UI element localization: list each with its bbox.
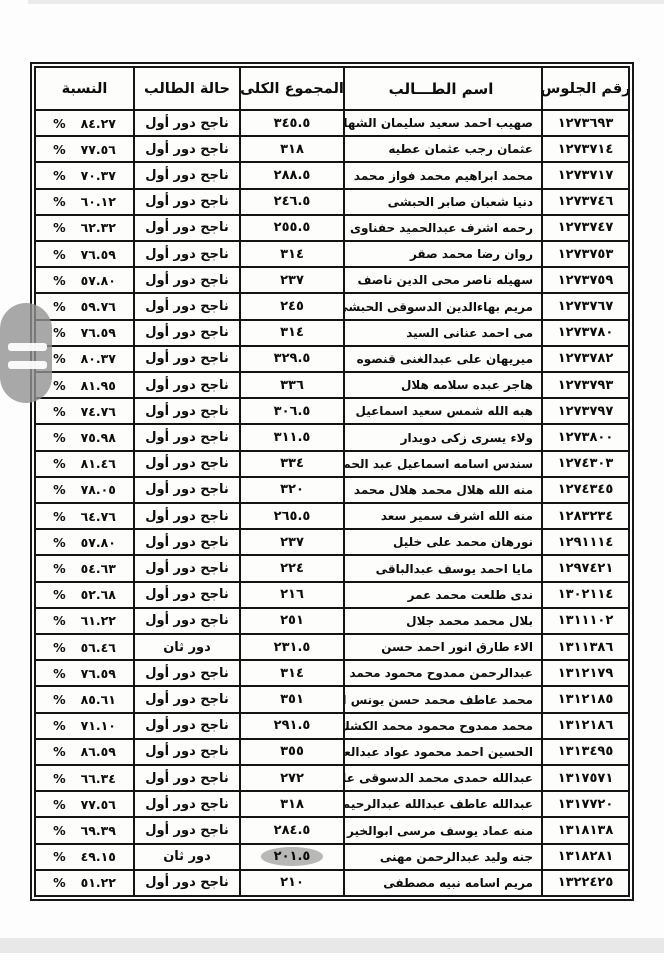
table-rows: % ٨٤.٢٧ ناجح دور أول ٣٤٥.٥ صهيب احمد سعي… <box>36 109 628 895</box>
total-value: ٣١٤ <box>280 666 304 681</box>
table-row: % ٧٧.٥٦ ناجح دور أول ٣١٨ عبدالله عاطف عب… <box>36 790 628 816</box>
percent-sign: % <box>53 561 66 576</box>
status-cell: ناجح دور أول <box>133 190 239 214</box>
percent-sign: % <box>53 535 66 550</box>
percent-cell: % ٥٧.٨٠ <box>36 530 133 554</box>
table-row: % ٨١.٤٦ ناجح دور أول ٣٣٤ سندس اسامه اسما… <box>36 450 628 476</box>
seat-cell: ١٣١٨٢٨١ <box>541 845 628 869</box>
name-cell: عبدالرحمن ممدوح محمود محمد الكشك <box>343 661 541 685</box>
total-value: ٢٧٢ <box>280 771 304 786</box>
total-value: ٢٨٨.٥ <box>274 168 311 183</box>
seat-number: ١٣١٢١٨٥ <box>558 692 614 707</box>
percent-cell: % ٧١.١٠ <box>36 714 133 738</box>
seat-number: ١٢٨٣٢٣٤ <box>558 509 614 524</box>
status-value: ناجح دور أول <box>145 404 229 419</box>
percent-value: ٧٥.٩٨ <box>81 430 116 445</box>
percent-cell: % ٥١.٢٢ <box>36 871 133 895</box>
status-cell: ناجح دور أول <box>133 792 239 816</box>
percent-cell: % ٦١.٢٢ <box>36 609 133 633</box>
seat-cell: ١٢٧٣٦٩٣ <box>541 111 628 135</box>
seat-cell: ١٢٧٣٨٠٠ <box>541 425 628 449</box>
total-cell: ٢١٠ <box>239 871 343 895</box>
total-cell: ٣٤٥.٥ <box>239 111 343 135</box>
percent-value: ٥٢.٦٨ <box>81 587 116 602</box>
seat-number: ١٢٧٤٣٠٣ <box>558 456 614 471</box>
status-cell: ناجح دور أول <box>133 294 239 318</box>
student-name: مريم بهاءالدين الدسوقى الحبشى <box>343 300 533 314</box>
seat-cell: ١٢٧٣٧٩٧ <box>541 399 628 423</box>
table-row: % ٥٤.٦٣ ناجح دور أول ٢٢٤ مايا احمد يوسف … <box>36 554 628 580</box>
status-value: ناجح دور أول <box>145 823 229 838</box>
total-cell: ٢٥١ <box>239 609 343 633</box>
table-row: % ٧٤.٧٦ ناجح دور أول ٣٠٦.٥ هبه الله شمس … <box>36 397 628 423</box>
status-value: ناجح دور أول <box>145 718 229 733</box>
total-cell: ٢٦٥.٥ <box>239 504 343 528</box>
header-percent-label: النسبة <box>62 81 108 97</box>
header-status: حالة الطالب <box>133 68 239 109</box>
student-name: سندس اسامه اسماعيل عبد الحميد البرجى <box>343 457 533 471</box>
status-cell: ناجح دور أول <box>133 530 239 554</box>
total-cell: ٢٤٥ <box>239 294 343 318</box>
seat-cell: ١٣١٢١٨٥ <box>541 687 628 711</box>
total-cell: ٢٣٧ <box>239 530 343 554</box>
seat-number: ١٣١١١٠٢ <box>558 613 614 628</box>
header-percent: النسبة <box>36 68 133 109</box>
name-cell: مايا احمد يوسف عبدالباقى <box>343 556 541 580</box>
seat-cell: ١٢٧٣٧٥٣ <box>541 242 628 266</box>
name-cell: منه عماد يوسف مرسى ابوالخير <box>343 818 541 842</box>
header-status-label: حالة الطالب <box>144 81 230 97</box>
percent-sign: % <box>53 220 66 235</box>
seat-number: ١٣١٧٧٢٠ <box>558 797 614 812</box>
percent-sign: % <box>53 116 66 131</box>
student-name: جنه وليد عبدالرحمن مهنى <box>380 850 533 864</box>
percent-sign: % <box>53 744 66 759</box>
student-name: منه الله اشرف سمير سعد <box>381 509 533 523</box>
seat-number: ١٢٩٧٤٢١ <box>558 561 614 576</box>
status-cell: ناجح دور أول <box>133 347 239 371</box>
total-cell: ٢٨٤.٥ <box>239 818 343 842</box>
percent-value: ٧٤.٧٦ <box>81 404 116 419</box>
percent-sign: % <box>53 325 66 340</box>
percent-value: ٦٠.١٢ <box>81 194 116 209</box>
results-table-body: النسبة حالة الطالب المجموع الكلى اسم الط… <box>34 66 630 897</box>
percent-cell: % ٥٤.٦٣ <box>36 556 133 580</box>
status-cell: ناجح دور أول <box>133 871 239 895</box>
name-cell: عبدالله عاطف عبدالله عبدالرحيم <box>343 792 541 816</box>
percent-sign: % <box>53 273 66 288</box>
table-row: % ٦٦.٣٤ ناجح دور أول ٢٧٢ عبدالله حمدى مح… <box>36 764 628 790</box>
student-name: عبدالرحمن ممدوح محمود محمد الكشك <box>343 666 533 680</box>
total-cell: ٣١١.٥ <box>239 425 343 449</box>
status-cell: دور ثان <box>133 635 239 659</box>
percent-value: ٦٢.٣٢ <box>81 220 116 235</box>
total-value: ٣١٨ <box>280 797 304 812</box>
total-value: ٢٣٧ <box>280 273 304 288</box>
total-value: ٣١٤ <box>280 247 304 262</box>
table-row: % ٥٧.٨٠ ناجح دور أول ٢٣٧ سهيله ناصر محى … <box>36 266 628 292</box>
total-value: ٢٥٥.٥ <box>274 220 311 235</box>
percent-cell: % ٦٦.٣٤ <box>36 766 133 790</box>
status-value: ناجح دور أول <box>145 456 229 471</box>
total-cell: ٢٧٢ <box>239 766 343 790</box>
name-cell: الاء طارق انور احمد حسن <box>343 635 541 659</box>
header-name-label: اسم الطـــالب <box>389 80 494 98</box>
total-cell: ٣١٨ <box>239 137 343 161</box>
table-row: % ٧١.١٠ ناجح دور أول ٢٩١.٥ محمد ممدوح مح… <box>36 712 628 738</box>
percent-sign: % <box>53 640 66 655</box>
percent-cell: % ٦٢.٣٢ <box>36 216 133 240</box>
seat-number: ١٢٩١١١٤ <box>558 535 614 550</box>
name-cell: جنه وليد عبدالرحمن مهنى <box>343 845 541 869</box>
seat-cell: ١٣١١١٠٢ <box>541 609 628 633</box>
status-cell: ناجح دور أول <box>133 163 239 187</box>
drag-handle-icon <box>8 343 47 351</box>
table-row: % ٦٤.٧٦ ناجح دور أول ٢٦٥.٥ منه الله اشرف… <box>36 502 628 528</box>
percent-cell: % ٧٤.٧٦ <box>36 399 133 423</box>
status-cell: ناجح دور أول <box>133 661 239 685</box>
percent-sign: % <box>53 404 66 419</box>
name-cell: سهيله ناصر محى الدين ناصف <box>343 268 541 292</box>
table-row: % ٥٩.٧٦ ناجح دور أول ٢٤٥ مريم بهاءالدين … <box>36 292 628 318</box>
name-cell: محمد ممدوح محمود محمد الكشك <box>343 714 541 738</box>
name-cell: الحسين احمد محمود عواد عبدالعزيز <box>343 740 541 764</box>
percent-cell: % ٥٢.٦٨ <box>36 583 133 607</box>
percent-cell: % ٧٦.٥٩ <box>36 661 133 685</box>
seat-number: ١٣٠٢١١٤ <box>558 587 614 602</box>
status-value: ناجح دور أول <box>145 771 229 786</box>
percent-value: ٦١.٢٢ <box>81 613 116 628</box>
status-cell: ناجح دور أول <box>133 714 239 738</box>
percent-cell: % ٧٦.٥٩ <box>36 242 133 266</box>
seat-number: ١٣١١٣٨٦ <box>558 640 614 655</box>
percent-value: ٨١.٩٥ <box>81 378 116 393</box>
seat-cell: ١٣٠٢١١٤ <box>541 583 628 607</box>
percent-cell: % ٥٩.٧٦ <box>36 294 133 318</box>
percent-cell: % ٨١.٤٦ <box>36 452 133 476</box>
seat-number: ١٣١٢١٨٦ <box>558 718 614 733</box>
total-cell: ٣٢٠ <box>239 478 343 502</box>
percent-sign: % <box>53 430 66 445</box>
percent-value: ٧٧.٥٦ <box>81 142 116 157</box>
seat-number: ١٢٧٣٨٠٠ <box>558 430 614 445</box>
table-row: % ٧٠.٣٧ ناجح دور أول ٢٨٨.٥ محمد ابراهيم … <box>36 161 628 187</box>
percent-value: ٥٧.٨٠ <box>81 535 116 550</box>
percent-value: ٥٦.٤٦ <box>81 640 116 655</box>
seat-number: ١٢٧٣٧١٤ <box>558 142 614 157</box>
percent-cell: % ٧٧.٥٦ <box>36 792 133 816</box>
percent-sign: % <box>53 456 66 471</box>
status-value: ناجح دور أول <box>145 535 229 550</box>
seat-number: ١٢٧٣٧٦٧ <box>558 299 614 314</box>
status-cell: ناجح دور أول <box>133 478 239 502</box>
percent-cell: % ٥٦.٤٦ <box>36 635 133 659</box>
total-value: ٣٤٥.٥ <box>274 116 311 131</box>
total-value: ٣١٤ <box>280 325 304 340</box>
percent-cell: % ٧٠.٣٧ <box>36 163 133 187</box>
total-value: ٢٣١.٥ <box>274 640 311 655</box>
seat-cell: ١٢٧٣٧٦٧ <box>541 294 628 318</box>
status-value: ناجح دور أول <box>145 561 229 576</box>
seat-cell: ١٣١٣٤٩٥ <box>541 740 628 764</box>
total-cell: ٢٩١.٥ <box>239 714 343 738</box>
seat-cell: ١٣١٧٥٧١ <box>541 766 628 790</box>
seat-number: ١٢٧٣٧٤٦ <box>558 194 614 209</box>
total-value: ٢٩١.٥ <box>274 718 311 733</box>
total-cell: ٣١٤ <box>239 321 343 345</box>
status-value: ناجح دور أول <box>145 692 229 707</box>
total-value: ٢٥١ <box>280 613 304 628</box>
table-row: % ٧٦.٥٩ ناجح دور أول ٣١٤ مى احمد عنانى ا… <box>36 319 628 345</box>
percent-sign: % <box>53 299 66 314</box>
status-cell: ناجح دور أول <box>133 687 239 711</box>
name-cell: منه الله اشرف سمير سعد <box>343 504 541 528</box>
seat-number: ١٣١٢١٧٩ <box>558 666 614 681</box>
seat-number: ١٣٢٢٤٢٥ <box>558 875 614 890</box>
percent-cell: % ٨٤.٢٧ <box>36 111 133 135</box>
student-name: مايا احمد يوسف عبدالباقى <box>376 562 533 576</box>
status-cell: ناجح دور أول <box>133 425 239 449</box>
status-value: ناجح دور أول <box>145 168 229 183</box>
percent-value: ٧٧.٥٦ <box>81 797 116 812</box>
percent-sign: % <box>53 718 66 733</box>
status-value: ناجح دور أول <box>145 142 229 157</box>
name-cell: صهيب احمد سعيد سليمان الشهاوى <box>343 111 541 135</box>
seat-cell: ١٢٧٣٧٤٧ <box>541 216 628 240</box>
total-cell: ٢٠١.٥ <box>239 845 343 869</box>
status-value: دور ثان <box>163 640 211 655</box>
student-name: الاء طارق انور احمد حسن <box>381 640 533 654</box>
table-row: % ٧٧.٥٦ ناجح دور أول ٣١٨ عثمان رجب عثمان… <box>36 135 628 161</box>
percent-cell: % ٦٤.٧٦ <box>36 504 133 528</box>
status-value: ناجح دور أول <box>145 744 229 759</box>
seat-cell: ١٢٧٣٧٨٢ <box>541 347 628 371</box>
percent-sign: % <box>53 823 66 838</box>
status-value: ناجح دور أول <box>145 587 229 602</box>
percent-cell: % ٨٥.٦١ <box>36 687 133 711</box>
total-cell: ٢٣٧ <box>239 268 343 292</box>
total-cell: ٣٣٤ <box>239 452 343 476</box>
name-cell: ميريهان على عبدالغنى قنصوه <box>343 347 541 371</box>
total-cell: ٢٣١.٥ <box>239 635 343 659</box>
status-value: ناجح دور أول <box>145 430 229 445</box>
name-cell: محمد عاطف محمد حسن يونس القطان <box>343 687 541 711</box>
percent-sign: % <box>53 378 66 393</box>
total-value: ٢١٠ <box>280 875 304 890</box>
percent-value: ٦٤.٧٦ <box>81 509 116 524</box>
percent-cell: % ٨٦.٥٩ <box>36 740 133 764</box>
status-cell: ناجح دور أول <box>133 137 239 161</box>
total-value: ٢٤٦.٥ <box>274 194 311 209</box>
total-cell: ٣١٤ <box>239 661 343 685</box>
status-value: ناجح دور أول <box>145 875 229 890</box>
status-value: ناجح دور أول <box>145 482 229 497</box>
seat-cell: ١٢٧٣٧٥٩ <box>541 268 628 292</box>
seat-number: ١٢٧٣٧٨٢ <box>558 351 614 366</box>
table-row: % ٨٥.٦١ ناجح دور أول ٣٥١ محمد عاطف محمد … <box>36 685 628 711</box>
status-value: ناجح دور أول <box>145 509 229 524</box>
total-value: ٣٣٤ <box>280 456 304 471</box>
seat-cell: ١٣١٨١٣٨ <box>541 818 628 842</box>
total-cell: ٣٢٩.٥ <box>239 347 343 371</box>
percent-value: ٧٨.٠٥ <box>81 482 116 497</box>
student-name: روان رضا محمد صقر <box>410 247 533 261</box>
seat-cell: ١٣١٧٧٢٠ <box>541 792 628 816</box>
percent-sign: % <box>53 351 66 366</box>
percent-cell: % ٦٩.٣٩ <box>36 818 133 842</box>
seat-number: ١٢٧٣٧٨٠ <box>558 325 614 340</box>
seat-cell: ١٣١٢١٨٦ <box>541 714 628 738</box>
status-value: ناجح دور أول <box>145 378 229 393</box>
status-cell: ناجح دور أول <box>133 504 239 528</box>
total-value: ٣٥٥ <box>280 744 304 759</box>
status-value: ناجح دور أول <box>145 666 229 681</box>
percent-value: ٥٤.٦٣ <box>81 561 116 576</box>
percent-sign: % <box>53 194 66 209</box>
student-name: ندى طلعت محمد عمر <box>408 588 533 602</box>
percent-cell: % ٤٩.١٥ <box>36 845 133 869</box>
percent-cell: % ٧٨.٠٥ <box>36 478 133 502</box>
student-name: محمد عاطف محمد حسن يونس القطان <box>343 693 533 707</box>
student-name: بلال محمد محمد جلال <box>406 614 533 628</box>
total-cell: ٣٠٦.٥ <box>239 399 343 423</box>
percent-sign: % <box>53 613 66 628</box>
student-name: ولاء يسرى زكى دويدار <box>401 431 533 445</box>
name-cell: مى احمد عنانى السيد <box>343 321 541 345</box>
name-cell: ندى طلعت محمد عمر <box>343 583 541 607</box>
status-value: ناجح دور أول <box>145 613 229 628</box>
percent-sign: % <box>53 797 66 812</box>
total-value: ٣٠٦.٥ <box>274 404 311 419</box>
table-row: % ٦٠.١٢ ناجح دور أول ٢٤٦.٥ دنيا شعبان صا… <box>36 188 628 214</box>
percent-value: ٧١.١٠ <box>81 718 116 733</box>
table-row: % ٥١.٢٢ ناجح دور أول ٢١٠ مريم اسامه نبيه… <box>36 869 628 895</box>
name-cell: عثمان رجب عثمان عطيه <box>343 137 541 161</box>
status-value: ناجح دور أول <box>145 273 229 288</box>
header-seat-label: رقم الجلوس <box>541 81 628 97</box>
total-value: ٣٢٠ <box>280 482 304 497</box>
status-cell: ناجح دور أول <box>133 556 239 580</box>
status-cell: دور ثان <box>133 845 239 869</box>
name-cell: روان رضا محمد صقر <box>343 242 541 266</box>
page-top-edge <box>28 0 664 4</box>
table-row: % ٧٥.٩٨ ناجح دور أول ٣١١.٥ ولاء يسرى زكى… <box>36 423 628 449</box>
student-name: هبه الله شمس سعيد اسماعيل <box>356 404 534 418</box>
student-name: هاجر عبده سلامه هلال <box>401 378 533 392</box>
total-value: ٢٣٧ <box>280 535 304 550</box>
percent-sign: % <box>53 771 66 786</box>
table-row: % ٤٩.١٥ دور ثان ٢٠١.٥ جنه وليد عبدالرحمن… <box>36 843 628 869</box>
percent-value: ٤٩.١٥ <box>81 849 116 864</box>
percent-value: ٧٦.٥٩ <box>81 247 116 262</box>
percent-value: ٨١.٤٦ <box>81 456 116 471</box>
seat-cell: ١٢٧٣٧٩٣ <box>541 373 628 397</box>
name-cell: ولاء يسرى زكى دويدار <box>343 425 541 449</box>
table-row: % ٨١.٩٥ ناجح دور أول ٣٣٦ هاجر عبده سلامه… <box>36 371 628 397</box>
name-cell: سندس اسامه اسماعيل عبد الحميد البرجى <box>343 452 541 476</box>
status-cell: ناجح دور أول <box>133 111 239 135</box>
status-cell: ناجح دور أول <box>133 609 239 633</box>
seat-number: ١٣١٨١٣٨ <box>558 823 614 838</box>
status-cell: ناجح دور أول <box>133 268 239 292</box>
table-row: % ٦٢.٣٢ ناجح دور أول ٢٥٥.٥ رحمه اشرف عبد… <box>36 214 628 240</box>
seat-number: ١٣١٣٤٩٥ <box>558 744 614 759</box>
table-row: % ٥٢.٦٨ ناجح دور أول ٢١٦ ندى طلعت محمد ع… <box>36 581 628 607</box>
status-value: ناجح دور أول <box>145 247 229 262</box>
seat-number: ١٢٧٣٧٥٩ <box>558 273 614 288</box>
seat-cell: ١٢٧٤٣٤٥ <box>541 478 628 502</box>
table-row: % ٦٩.٣٩ ناجح دور أول ٢٨٤.٥ منه عماد يوسف… <box>36 816 628 842</box>
seat-number: ١٢٧٤٣٤٥ <box>558 482 614 497</box>
seat-cell: ١٢٩٧٤٢١ <box>541 556 628 580</box>
seat-cell: ١٣٢٢٤٢٥ <box>541 871 628 895</box>
seat-number: ١٢٧٣٧٩٣ <box>558 378 614 393</box>
total-value: ٢٠١.٥ <box>261 847 324 866</box>
status-value: ناجح دور أول <box>145 351 229 366</box>
percent-value: ٥١.٢٢ <box>81 875 116 890</box>
table-row: % ٨٦.٥٩ ناجح دور أول ٣٥٥ الحسين احمد محم… <box>36 738 628 764</box>
header-total-label: المجموع الكلى <box>240 81 343 97</box>
name-cell: نورهان محمد على خليل <box>343 530 541 554</box>
table-row: % ٥٦.٤٦ دور ثان ٢٣١.٥ الاء طارق انور احم… <box>36 633 628 659</box>
seat-number: ١٣١٧٥٧١ <box>558 771 614 786</box>
status-cell: ناجح دور أول <box>133 740 239 764</box>
percent-cell: % ٧٧.٥٦ <box>36 137 133 161</box>
table-row: % ٥٧.٨٠ ناجح دور أول ٢٣٧ نورهان محمد على… <box>36 528 628 554</box>
seat-cell: ١٢٧٤٣٠٣ <box>541 452 628 476</box>
header-name: اسم الطـــالب <box>343 68 541 109</box>
status-cell: ناجح دور أول <box>133 399 239 423</box>
status-value: ناجح دور أول <box>145 299 229 314</box>
status-value: ناجح دور أول <box>145 116 229 131</box>
name-cell: بلال محمد محمد جلال <box>343 609 541 633</box>
student-name: صهيب احمد سعيد سليمان الشهاوى <box>343 116 533 130</box>
floating-drag-handle[interactable] <box>0 303 52 403</box>
total-value: ٣١٨ <box>280 142 304 157</box>
total-cell: ٢٤٦.٥ <box>239 190 343 214</box>
name-cell: محمد ابراهيم محمد فواز محمد <box>343 163 541 187</box>
seat-cell: ١٢٧٣٧١٤ <box>541 137 628 161</box>
percent-cell: % ٥٧.٨٠ <box>36 268 133 292</box>
table-row: % ٧٦.٥٩ ناجح دور أول ٣١٤ عبدالرحمن ممدوح… <box>36 659 628 685</box>
total-value: ٣٥١ <box>280 692 304 707</box>
results-table: النسبة حالة الطالب المجموع الكلى اسم الط… <box>30 62 634 901</box>
percent-cell: % ٧٥.٩٨ <box>36 425 133 449</box>
student-name: منه الله هلال محمد هلال محمد <box>354 483 533 497</box>
status-cell: ناجح دور أول <box>133 452 239 476</box>
status-cell: ناجح دور أول <box>133 242 239 266</box>
name-cell: رحمه اشرف عبدالحميد حفناوى <box>343 216 541 240</box>
seat-cell: ١٣١٢١٧٩ <box>541 661 628 685</box>
percent-value: ٧٠.٣٧ <box>81 168 116 183</box>
total-value: ٢٢٤ <box>280 561 304 576</box>
status-cell: ناجح دور أول <box>133 373 239 397</box>
name-cell: مريم اسامه نبيه مصطفى <box>343 871 541 895</box>
percent-sign: % <box>53 247 66 262</box>
status-cell: ناجح دور أول <box>133 766 239 790</box>
header-total: المجموع الكلى <box>239 68 343 109</box>
percent-sign: % <box>53 509 66 524</box>
status-cell: ناجح دور أول <box>133 818 239 842</box>
total-value: ٢٦٥.٥ <box>274 509 311 524</box>
status-value: ناجح دور أول <box>145 194 229 209</box>
percent-value: ٦٦.٣٤ <box>81 771 116 786</box>
student-name: محمد ممدوح محمود محمد الكشك <box>343 719 533 733</box>
bottom-edge-bar <box>0 938 664 953</box>
status-value: دور ثان <box>163 849 211 864</box>
total-value: ٣١١.٥ <box>274 430 311 445</box>
total-value: ٢٨٤.٥ <box>274 823 311 838</box>
